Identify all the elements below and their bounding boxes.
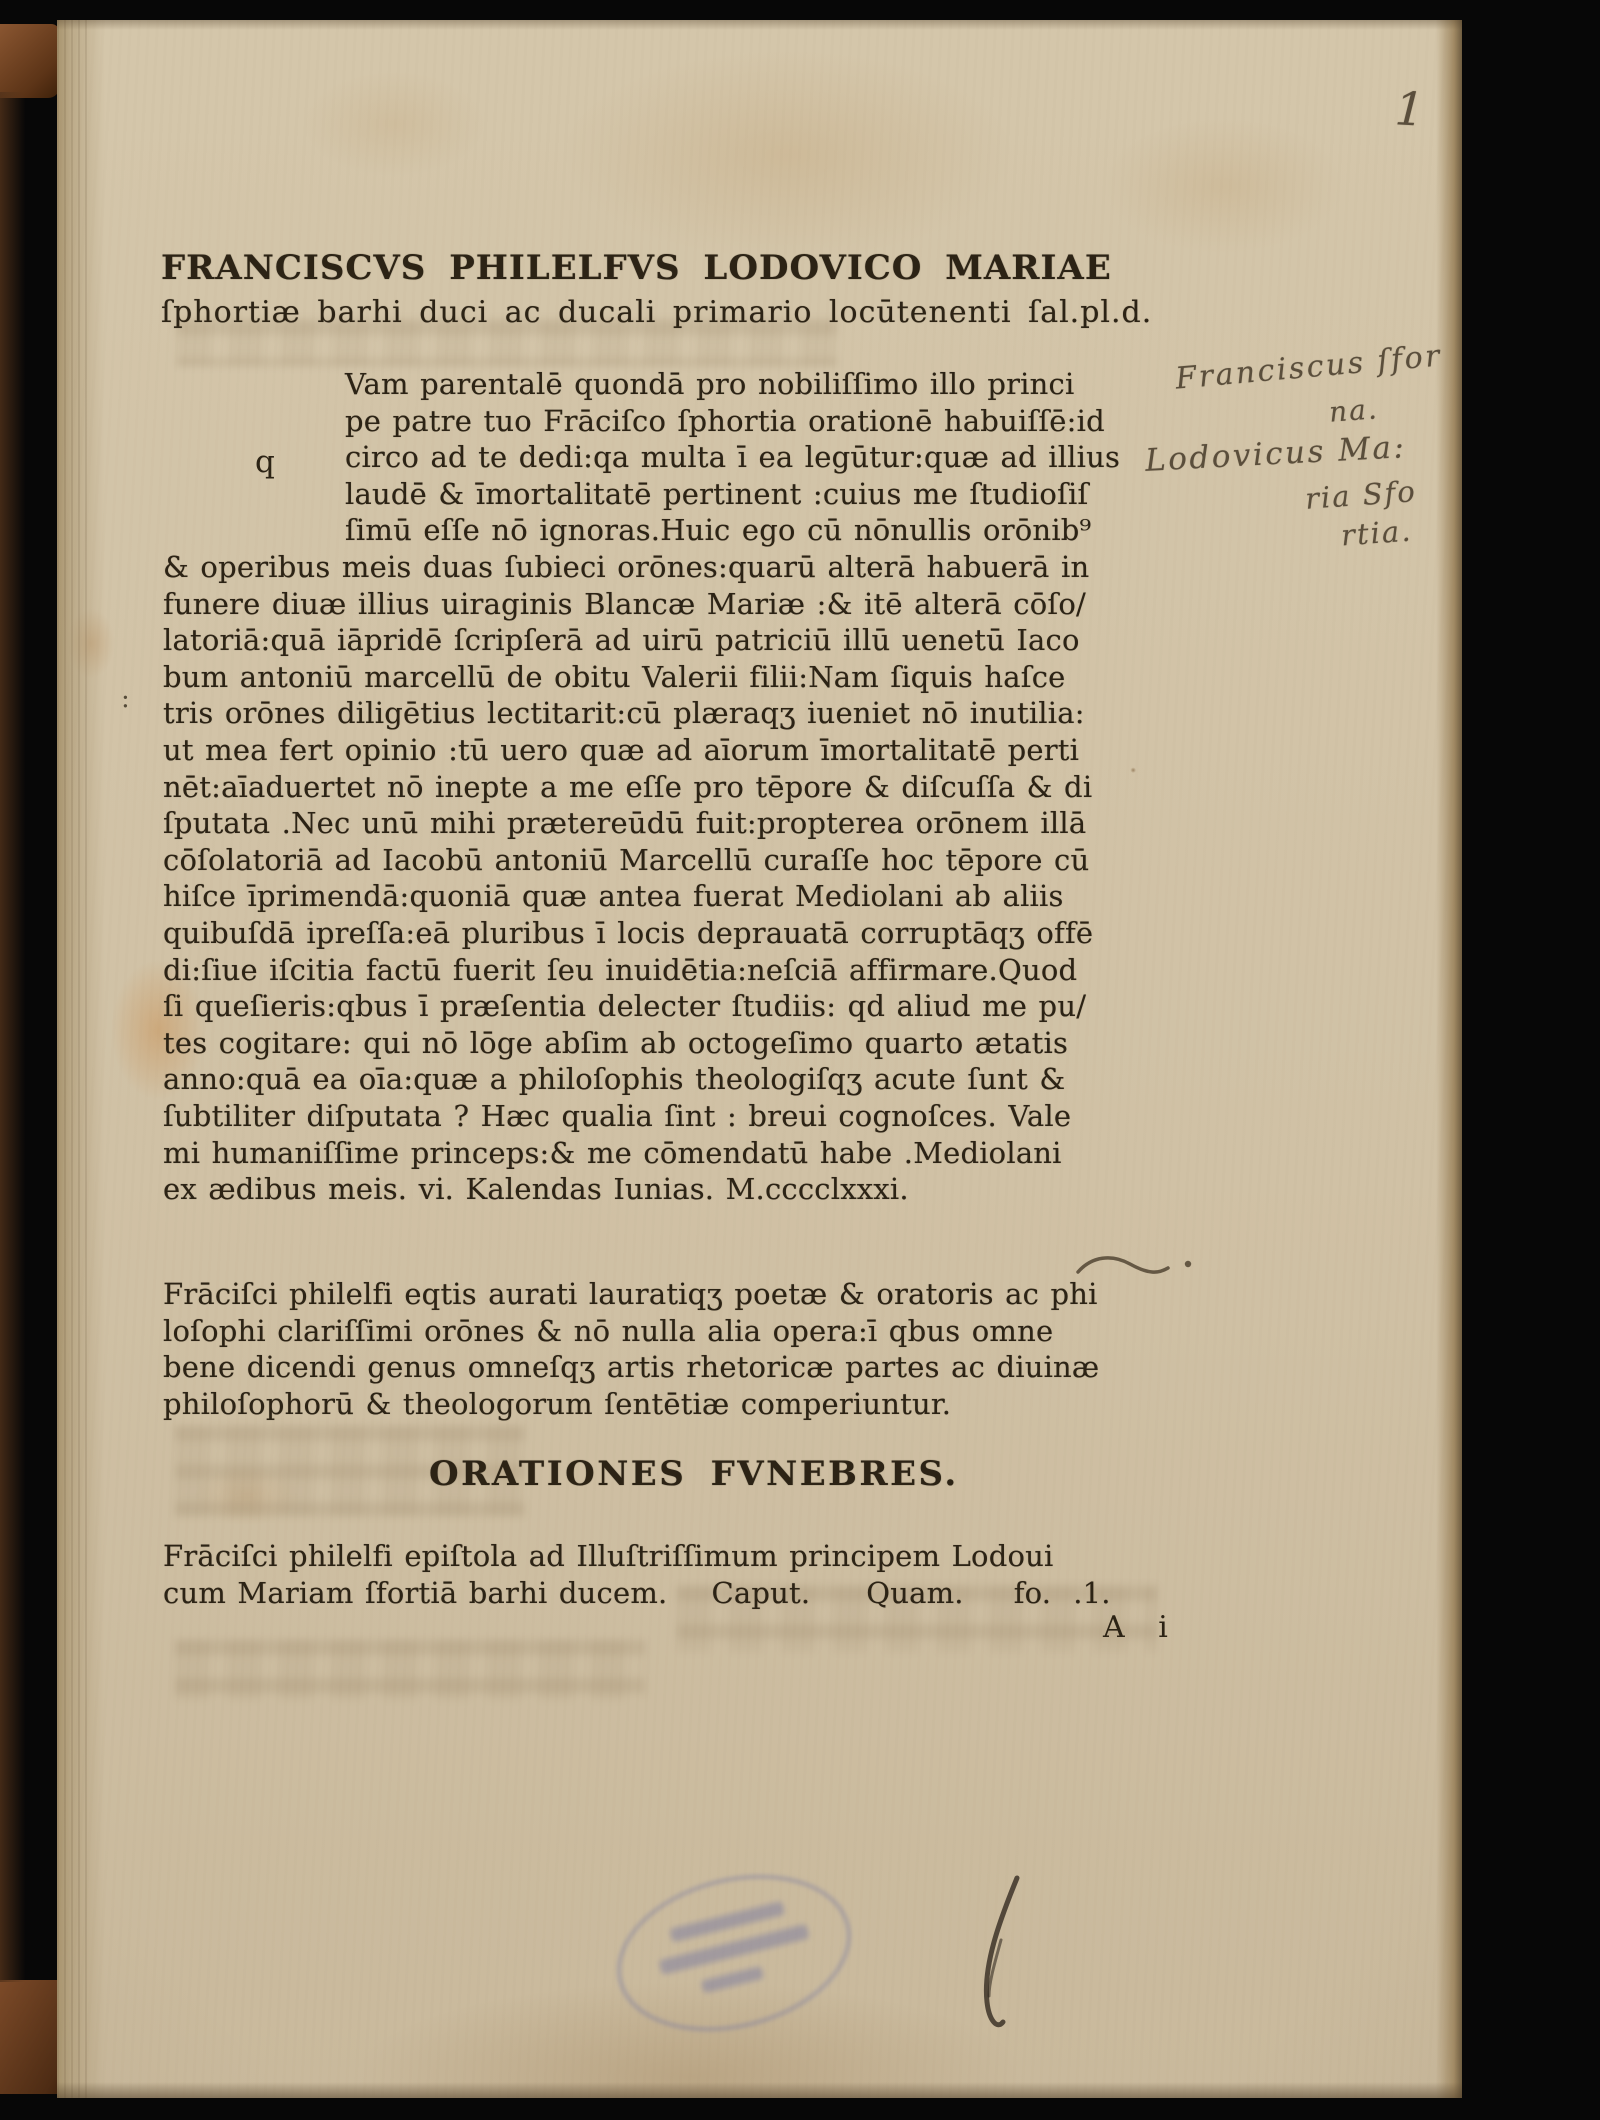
letter-line: cōſolatoriā ad Iacobū antoniū Marcellū c… bbox=[163, 842, 1093, 879]
letter-line: pe patre tuo Frāciſco ſphortia orationē … bbox=[345, 403, 1120, 440]
marginal-punctuation-mark: : bbox=[121, 684, 130, 714]
page-scan: 1 FRANCISCVS PHILELFVS LODOVICO MARIAE ſ… bbox=[57, 20, 1462, 2098]
caput-word: Quam. bbox=[866, 1576, 963, 1610]
letter-line: latoriā:quā iāpridē ſcripſerā ad uirū pa… bbox=[163, 622, 1093, 659]
page-edge-right bbox=[1436, 20, 1462, 2098]
incipit-line-1: Frāciſci philelfi epiſtola ad Illuſtriſſ… bbox=[163, 1538, 1111, 1575]
letter-heading: FRANCISCVS PHILELFVS LODOVICO MARIAE ſph… bbox=[161, 248, 1152, 332]
caput-label: Caput. bbox=[711, 1576, 810, 1610]
page-edge-streaks bbox=[57, 20, 87, 2098]
letter-line: ex ædibus meis. vi. Kalendas Iunias. M.c… bbox=[163, 1171, 1093, 1208]
letter-line: ſubtiliter diſputata ? Hæc qualia ſint :… bbox=[163, 1098, 1093, 1135]
letter-line: bum antoniū marcellū de obitu Valerii fi… bbox=[163, 659, 1093, 696]
letter-line: Vam parentalē quondā pro nobiliſſimo ill… bbox=[345, 366, 1120, 403]
signature-mark: A i bbox=[1103, 1610, 1172, 1645]
marginal-ink-mark bbox=[1072, 1248, 1202, 1284]
printer-note-line: Frāciſci philelfi eqtis aurati lauratiqʒ… bbox=[163, 1276, 1099, 1313]
letter-line: funere diuæ illius uiraginis Blancæ Mari… bbox=[163, 586, 1093, 623]
page-edge-top bbox=[57, 20, 1462, 30]
printer-note-line: bene dicendi genus omneſqʒ artis rhetori… bbox=[163, 1349, 1099, 1386]
letter-line: ut mea fert opinio :tū uero quæ ad aīoru… bbox=[163, 732, 1093, 769]
letter-line: quibuſdā ipreſſa:eā pluribus ī locis dep… bbox=[163, 915, 1093, 952]
marginal-note-lodovicus-line-1: Lodovicus Ma: bbox=[1144, 429, 1407, 479]
letter-line: di:ſiue iſcitia factū fuerit ſeu inuidēt… bbox=[163, 952, 1093, 989]
letter-line: tris orōnes diligētius lectitarit:cū plæ… bbox=[163, 695, 1093, 732]
letter-opening-indent-block: Vam parentalē quondā pro nobiliſſimo ill… bbox=[345, 366, 1120, 549]
printer-note-line: philoſophorū & theologorum ſentētiæ comp… bbox=[163, 1386, 1099, 1423]
show-through-ghost bbox=[175, 1640, 645, 1700]
incipit-line-2: cum Mariam ſfortiā barhi ducem.Caput.Qua… bbox=[163, 1575, 1111, 1612]
letter-heading-line-2: ſphortiæ barhi duci ac ducali primario l… bbox=[161, 294, 1152, 332]
letter-line: mi humaniſſime princeps:& me cōmendatū h… bbox=[163, 1135, 1093, 1172]
binding-spine-edge bbox=[0, 92, 30, 1982]
letter-line: nēt:aīaduertet nō inepte a me eſſe pro t… bbox=[163, 769, 1093, 806]
printer-note-block: Frāciſci philelfi eqtis aurati lauratiqʒ… bbox=[163, 1276, 1099, 1422]
marginal-note-franciscus-line-2: na. bbox=[1328, 392, 1380, 428]
folio-label: fo. bbox=[1014, 1576, 1052, 1610]
binding-leather-top bbox=[0, 24, 60, 98]
letter-line: hiſce īprimendā:quoniā quæ antea fuerat … bbox=[163, 878, 1093, 915]
letter-line: circo ad te dedi:qa multa ī ea legūtur:q… bbox=[345, 439, 1120, 476]
letter-body-block: & operibus meis duas ſubieci orōnes:quar… bbox=[163, 549, 1093, 1208]
marginal-note-franciscus-line-1: Franciscus ſfor bbox=[1174, 338, 1443, 396]
page-edge-bottom bbox=[57, 2082, 1462, 2098]
letter-line: anno:quā ea oīa:quæ a philoſophis theolo… bbox=[163, 1061, 1093, 1098]
scan-background: 1 FRANCISCVS PHILELFVS LODOVICO MARIAE ſ… bbox=[0, 0, 1600, 2120]
folio-number: .1. bbox=[1073, 1576, 1111, 1610]
letter-line: laudē & īmortalitatē pertinent :cuius me… bbox=[345, 476, 1120, 513]
letter-heading-line-1: FRANCISCVS PHILELFVS LODOVICO MARIAE bbox=[161, 248, 1152, 288]
section-heading: ORATIONES FVNEBRES. bbox=[429, 1454, 959, 1494]
marginal-note-lodovicus-line-3: rtia. bbox=[1340, 514, 1414, 553]
library-stamp bbox=[600, 1851, 867, 2054]
printer-note-line: loſophi clariſſimi orōnes & nō nulla ali… bbox=[163, 1313, 1099, 1350]
letter-line: ſimū eſſe nō ignoras.Huic ego cū nōnulli… bbox=[345, 512, 1120, 549]
incipit-block: Frāciſci philelfi epiſtola ad Illuſtriſſ… bbox=[163, 1538, 1111, 1611]
letter-line: tes cogitare: qui nō lōge abſim ab octog… bbox=[163, 1025, 1093, 1062]
letter-line: ſi queſieris:qbus ī præſentia delecter ſ… bbox=[163, 988, 1093, 1025]
ink-stroke bbox=[957, 1870, 1037, 2040]
marginal-note-lodovicus-line-2: ria Sfo bbox=[1304, 474, 1418, 516]
initial-guide-letter: q bbox=[255, 444, 275, 480]
handwritten-folio-number: 1 bbox=[1394, 81, 1426, 136]
incipit-line-2-text: cum Mariam ſfortiā barhi ducem. bbox=[163, 1576, 667, 1610]
letter-line: ſputata .Nec unū mihi prætereūdū fuit:pr… bbox=[163, 805, 1093, 842]
letter-line: & operibus meis duas ſubieci orōnes:quar… bbox=[163, 549, 1093, 586]
